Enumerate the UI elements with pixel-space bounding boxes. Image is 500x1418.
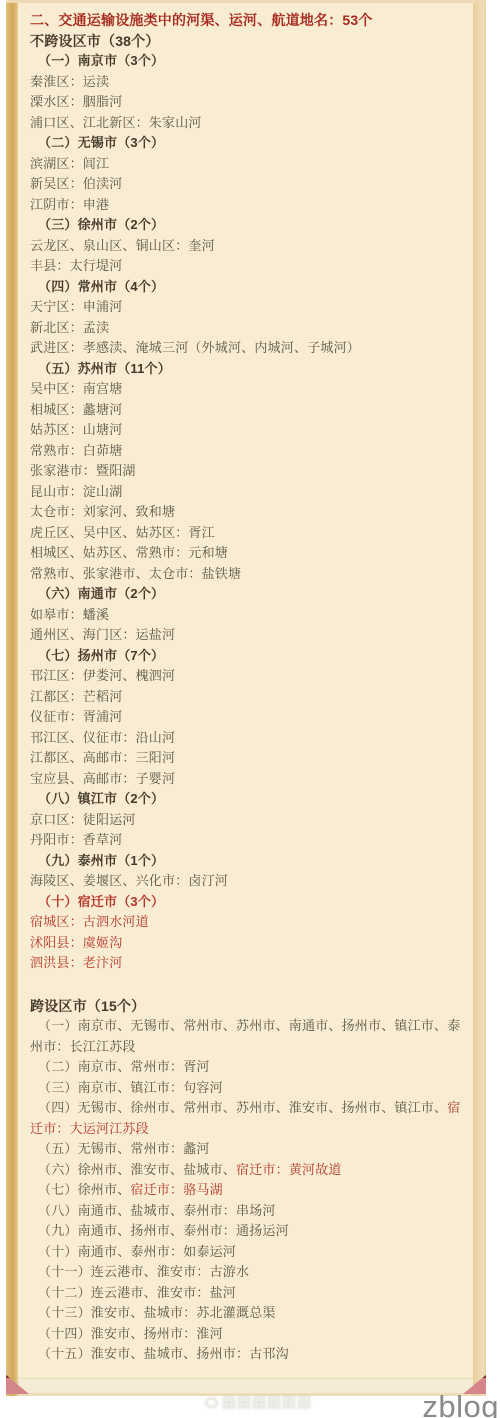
doc-text: 海陵区、姜堰区、兴化市：卤汀河 [30, 873, 228, 888]
doc-text: （一）南京市、无锡市、常州市、苏州市、南通市、扬州市、镇江市、泰州市：长江江苏段 [30, 1018, 460, 1054]
doc-text: （十五）淮安市、盐城市、扬州市：古邗沟 [38, 1346, 289, 1361]
doc-text: 姑苏区：山塘河 [30, 422, 122, 437]
doc-line: （十四）淮安市、扬州市：淮河 [30, 1324, 463, 1345]
doc-text: 昆山市：淀山湖 [30, 484, 122, 499]
doc-line: 吴中区：南宫塘 [30, 379, 463, 400]
doc-text: 常熟市、张家港市、太仓市：盐铁塘 [30, 566, 241, 581]
doc-text: （四）常州市（4个） [38, 279, 164, 294]
doc-text: 滨湖区：闾江 [30, 156, 109, 171]
doc-line: （二）南京市、常州市：胥河 [30, 1057, 463, 1078]
doc-text: 秦淮区：运渎 [30, 74, 109, 89]
doc-text: （八）镇江市（2个） [38, 791, 164, 806]
doc-text: 如皋市：蟠溪 [30, 607, 109, 622]
doc-line: 相城区、姑苏区、常熟市：元和塘 [30, 543, 463, 564]
doc-text: 新北区：孟渎 [30, 320, 109, 335]
doc-line: 丹阳市：香草河 [30, 830, 463, 851]
doc-line: （九）泰州市（1个） [30, 851, 463, 872]
doc-line: 虎丘区、吴中区、姑苏区：胥江 [30, 523, 463, 544]
doc-line: （五）无锡市、常州市：蠡河 [30, 1139, 463, 1160]
doc-line: 云龙区、泉山区、铜山区：奎河 [30, 236, 463, 257]
doc-text: 丹阳市：香草河 [30, 832, 122, 847]
doc-text: 跨设区市（15个） [30, 998, 145, 1014]
doc-line: 江阴市：申港 [30, 195, 463, 216]
doc-line: 宿城区：古泗水河道 [30, 912, 463, 933]
doc-text: 仪征市：胥浦河 [30, 709, 122, 724]
doc-line: 如皋市：蟠溪 [30, 605, 463, 626]
doc-line: 邗江区：伊娄河、槐泗河 [30, 666, 463, 687]
doc-line: （三）徐州市（2个） [30, 215, 463, 236]
doc-line: （十一）连云港市、淮安市：古游水 [30, 1262, 463, 1283]
doc-text: 浦口区、江北新区：朱家山河 [30, 115, 202, 130]
doc-line: 跨设区市（15个） [30, 996, 463, 1017]
doc-line: （六）南通市（2个） [30, 584, 463, 605]
doc-line: 通州区、海门区：运盐河 [30, 625, 463, 646]
doc-text: （十四）淮安市、扬州市：淮河 [38, 1326, 223, 1341]
doc-line: （六）徐州市、淮安市、盐城市、宿迁市：黄河故道 [30, 1160, 463, 1181]
doc-text: （六）徐州市、淮安市、盐城市、 [38, 1162, 236, 1177]
doc-line: 浦口区、江北新区：朱家山河 [30, 113, 463, 134]
doc-text: （九）南通市、扬州市、泰州市：通扬运河 [38, 1223, 289, 1238]
camera-watermark-icon [205, 1397, 218, 1408]
doc-line: 武进区：孝感渎、淹城三河（外城河、内城河、子城河） [30, 338, 463, 359]
doc-text: 云龙区、泉山区、铜山区：奎河 [30, 238, 215, 253]
doc-text: 天宁区：申浦河 [30, 299, 122, 314]
doc-line: 仪征市：胥浦河 [30, 707, 463, 728]
doc-text: 江都区、高邮市：三阳河 [30, 750, 175, 765]
doc-line: 常熟市：白茆塘 [30, 441, 463, 462]
doc-text: 宝应县、高邮市：子婴河 [30, 771, 175, 786]
zblog-watermark: zblog [422, 1389, 499, 1418]
doc-line: （五）苏州市（11个） [30, 359, 463, 380]
doc-line: 相城区：蠡塘河 [30, 400, 463, 421]
doc-line: 秦淮区：运渎 [30, 72, 463, 93]
doc-line: （七）徐州市、宿迁市：骆马湖 [30, 1180, 463, 1201]
doc-line: 京口区：徒阳运河 [30, 810, 463, 831]
doc-text: （六）南通市（2个） [38, 586, 164, 601]
doc-text: （二）南京市、常州市：胥河 [38, 1059, 210, 1074]
doc-line: 二、交通运输设施类中的河渠、运河、航道地名：53个 [30, 10, 463, 31]
doc-line: 溧水区：胭脂河 [30, 92, 463, 113]
card-left-border [6, 3, 18, 1396]
doc-line: （一）南京市、无锡市、常州市、苏州市、南通市、扬州市、镇江市、泰州市：长江江苏段 [30, 1016, 463, 1057]
doc-text: （九）泰州市（1个） [38, 853, 164, 868]
doc-text: （十二）连云港市、淮安市：盐河 [38, 1285, 236, 1300]
doc-text: 溧水区：胭脂河 [30, 94, 122, 109]
doc-text: 常熟市：白茆塘 [30, 443, 122, 458]
doc-line [30, 974, 463, 996]
doc-text: 丰县：太行堤河 [30, 258, 122, 273]
doc-text: （三）南京市、镇江市：句容河 [38, 1080, 223, 1095]
doc-text: 泗洪县：老汴河 [30, 955, 122, 970]
card-bottom-border [18, 1378, 473, 1396]
doc-text: 相城区、姑苏区、常熟市：元和塘 [30, 545, 228, 560]
doc-line: 常熟市、张家港市、太仓市：盐铁塘 [30, 564, 463, 585]
doc-text: 吴中区：南宫塘 [30, 381, 122, 396]
doc-text: 宿迁市：黄河故道 [236, 1162, 342, 1177]
doc-line: 天宁区：申浦河 [30, 297, 463, 318]
doc-text: （二）无锡市（3个） [38, 135, 164, 150]
page: 二、交通运输设施类中的河渠、运河、航道地名：53个不跨设区市（38个）（一）南京… [0, 0, 500, 1418]
doc-line: （三）南京市、镇江市：句容河 [30, 1078, 463, 1099]
doc-text: （七）扬州市（7个） [38, 648, 164, 663]
doc-text: 沭阳县：虞姬沟 [30, 935, 122, 950]
doc-line: 丰县：太行堤河 [30, 256, 463, 277]
doc-line: （七）扬州市（7个） [30, 646, 463, 667]
doc-line: （一）南京市（3个） [30, 51, 463, 72]
doc-line: （八）镇江市（2个） [30, 789, 463, 810]
document-card: 二、交通运输设施类中的河渠、运河、航道地名：53个不跨设区市（38个）（一）南京… [6, 0, 486, 1396]
doc-text: 虎丘区、吴中区、姑苏区：胥江 [30, 525, 215, 540]
doc-text: （十一）连云港市、淮安市：古游水 [38, 1264, 249, 1279]
doc-line: （十）宿迁市（3个） [30, 892, 463, 913]
doc-text: 相城区：蠡塘河 [30, 402, 122, 417]
doc-line: 不跨设区市（38个） [30, 31, 463, 52]
doc-line: （四）无锡市、徐州市、常州市、苏州市、淮安市、扬州市、镇江市、宿迁市：大运河江苏… [30, 1098, 463, 1139]
doc-text: （七）徐州市、 [38, 1182, 130, 1197]
doc-line: 张家港市：暨阳湖 [30, 461, 463, 482]
doc-text: 新吴区：伯渎河 [30, 176, 122, 191]
doc-line: 太仓市：刘家河、致和塘 [30, 502, 463, 523]
doc-text: 江阴市：申港 [30, 197, 109, 212]
doc-text: 邗江区：伊娄河、槐泗河 [30, 668, 175, 683]
doc-line: 昆山市：淀山湖 [30, 482, 463, 503]
card-right-border [473, 3, 486, 1396]
doc-text: 不跨设区市（38个） [30, 33, 160, 49]
doc-text: 太仓市：刘家河、致和塘 [30, 504, 175, 519]
doc-line: 沭阳县：虞姬沟 [30, 933, 463, 954]
doc-text: 江都区：芒稻河 [30, 689, 122, 704]
watermark-blurred-text [223, 1396, 310, 1409]
doc-text: 武进区：孝感渎、淹城三河（外城河、内城河、子城河） [30, 340, 360, 355]
doc-line: 泗洪县：老汴河 [30, 953, 463, 974]
doc-line: （十三）淮安市、盐城市：苏北灌溉总渠 [30, 1303, 463, 1324]
doc-line: 江都区、高邮市：三阳河 [30, 748, 463, 769]
doc-line: 姑苏区：山塘河 [30, 420, 463, 441]
doc-text: （十）宿迁市（3个） [38, 894, 164, 909]
doc-text: 京口区：徒阳运河 [30, 812, 136, 827]
photo-watermark [205, 1396, 310, 1409]
doc-text: 邗江区、仪征市：沿山河 [30, 730, 175, 745]
doc-line: （四）常州市（4个） [30, 277, 463, 298]
doc-text: （一）南京市（3个） [38, 53, 164, 68]
doc-line: 海陵区、姜堰区、兴化市：卤汀河 [30, 871, 463, 892]
doc-line: 新北区：孟渎 [30, 318, 463, 339]
doc-line: （九）南通市、扬州市、泰州市：通扬运河 [30, 1221, 463, 1242]
doc-line: （十）南通市、泰州市：如泰运河 [30, 1242, 463, 1263]
doc-text: 通州区、海门区：运盐河 [30, 627, 175, 642]
doc-text: 二、交通运输设施类中的河渠、运河、航道地名：53个 [30, 12, 373, 28]
document-content: 二、交通运输设施类中的河渠、运河、航道地名：53个不跨设区市（38个）（一）南京… [18, 3, 473, 1378]
doc-text: （五）苏州市（11个） [38, 361, 171, 376]
doc-line: （十二）连云港市、淮安市：盐河 [30, 1283, 463, 1304]
doc-text: 宿城区：古泗水河道 [30, 914, 149, 929]
doc-line: 滨湖区：闾江 [30, 154, 463, 175]
doc-text: 张家港市：暨阳湖 [30, 463, 136, 478]
doc-line: 江都区：芒稻河 [30, 687, 463, 708]
doc-line: （八）南通市、盐城市、泰州市：串场河 [30, 1201, 463, 1222]
doc-text: （十三）淮安市、盐城市：苏北灌溉总渠 [38, 1305, 276, 1320]
doc-line: 邗江区、仪征市：沿山河 [30, 728, 463, 749]
doc-text: （三）徐州市（2个） [38, 217, 164, 232]
doc-line: 宝应县、高邮市：子婴河 [30, 769, 463, 790]
doc-line: （十五）淮安市、盐城市、扬州市：古邗沟 [30, 1344, 463, 1365]
doc-text: （八）南通市、盐城市、泰州市：串场河 [38, 1203, 276, 1218]
doc-line: （二）无锡市（3个） [30, 133, 463, 154]
doc-text: （五）无锡市、常州市：蠡河 [38, 1141, 210, 1156]
doc-text: 宿迁市：骆马湖 [130, 1182, 222, 1197]
doc-text: （四）无锡市、徐州市、常州市、苏州市、淮安市、扬州市、镇江市、 [38, 1100, 447, 1115]
doc-text: （十）南通市、泰州市：如泰运河 [38, 1244, 236, 1259]
doc-line: 新吴区：伯渎河 [30, 174, 463, 195]
